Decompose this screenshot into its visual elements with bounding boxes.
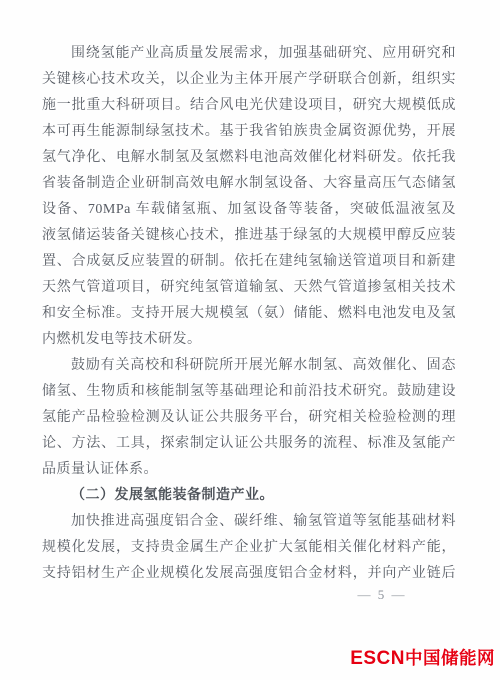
document-line: 支持铝材生产企业规模化发展高强度铝合金材料，并向产业链后 xyxy=(42,561,456,587)
document-line: 本可再生能源制绿氢技术。基于我省铂族贵金属资源优势，开展 xyxy=(42,119,456,145)
document-line: 施一批重大科研项目。结合风电光伏建设项目，研究大规模低成 xyxy=(42,93,456,119)
section-heading: （二）发展氢能装备制造产业。 xyxy=(42,483,456,509)
document-line: 规模化发展，支持贵金属生产企业扩大氢能相关催化材料产能， xyxy=(42,535,456,561)
document-line: 论、方法、工具，探索制定认证公共服务的流程、标准及氢能产 xyxy=(42,431,456,457)
document-line: 液氢储运装备关键核心技术，推进基于绿氢的大规模甲醇反应装 xyxy=(42,223,456,249)
document-line: 鼓励有关高校和科研院所开展光解水制氢、高效催化、固态 xyxy=(42,353,456,379)
document-line: 储氢、生物质和核能制氢等基础理论和前沿技术研究。鼓励建设 xyxy=(42,379,456,405)
page-number: — 5 — xyxy=(351,587,413,603)
document-line: 省装备制造企业研制高效电解水制氢设备、大容量高压气态储氢 xyxy=(42,171,456,197)
document-line: 围绕氢能产业高质量发展需求，加强基础研究、应用研究和 xyxy=(42,41,456,67)
document-line: 关键核心技术攻关，以企业为主体开展产学研联合创新，组织实 xyxy=(42,67,456,93)
document-line: 品质量认证体系。 xyxy=(42,457,456,483)
document-line: 设备、70MPa 车载储氢瓶、加氢设备等装备，突破低温液氢及 xyxy=(42,197,456,223)
escn-watermark-logo: ESCN中国储能网 xyxy=(350,647,495,671)
document-line: 内燃机发电等技术研发。 xyxy=(42,327,456,353)
document-page: 围绕氢能产业高质量发展需求，加强基础研究、应用研究和 关键核心技术攻关，以企业为… xyxy=(0,0,500,680)
document-line: 氢能产品检验检测及认证公共服务平台，研究相关检验检测的理 xyxy=(42,405,456,431)
document-line: 置、合成氨反应装置的研制。依托在建纯氢输送管道项目和新建 xyxy=(42,249,456,275)
escn-logo-latin: ESCN xyxy=(350,648,405,669)
document-line: 氢气净化、电解水制氢及氢燃料电池高效催化材料研发。依托我 xyxy=(42,145,456,171)
escn-logo-chinese: 中国储能网 xyxy=(405,648,495,668)
document-line: 加快推进高强度铝合金、碳纤维、输氢管道等氢能基础材料 xyxy=(42,509,456,535)
document-body: 围绕氢能产业高质量发展需求，加强基础研究、应用研究和 关键核心技术攻关，以企业为… xyxy=(42,41,456,587)
document-line: 天然气管道项目，研究纯氢管道输氢、天然气管道掺氢相关技术 xyxy=(42,275,456,301)
document-line: 和安全标准。支持开展大规模氢（氨）储能、燃料电池发电及氢 xyxy=(42,301,456,327)
